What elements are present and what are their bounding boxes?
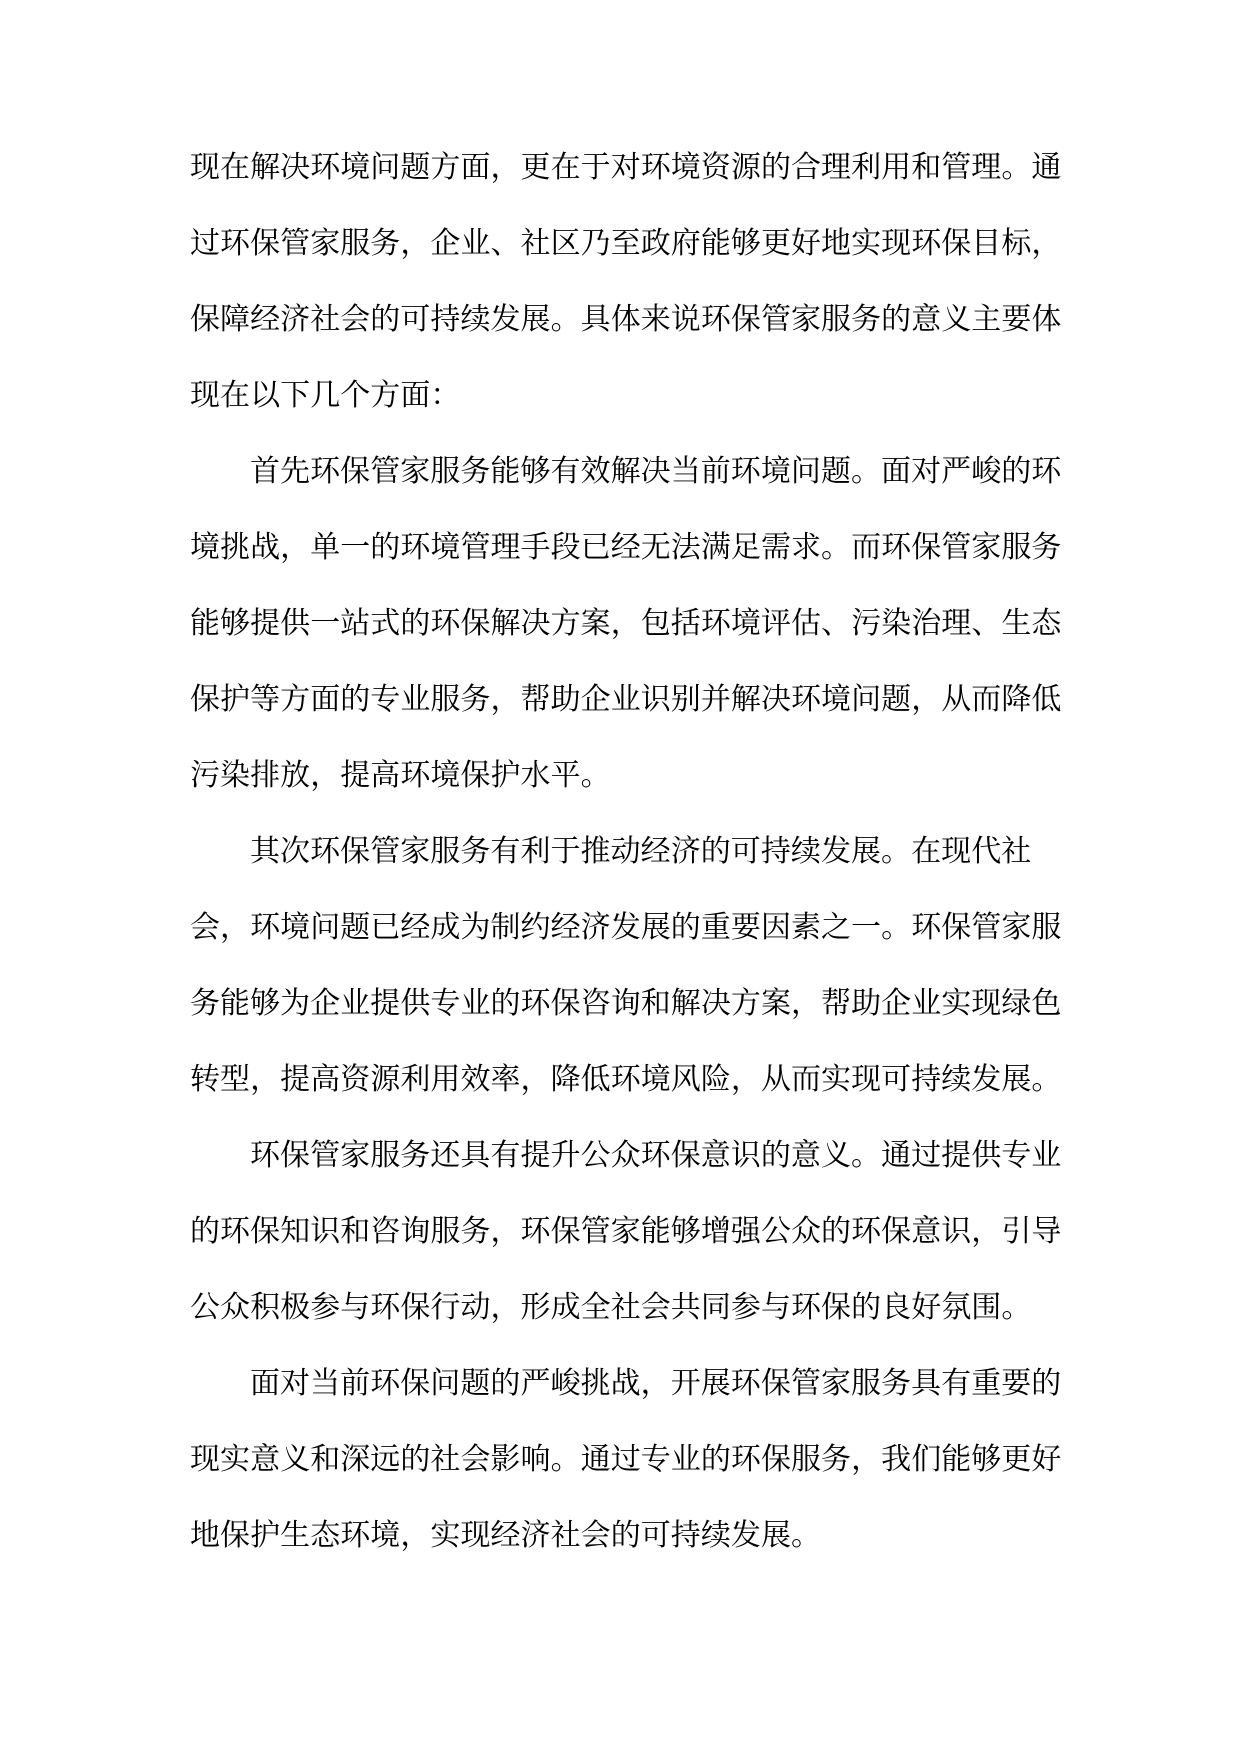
paragraph-intro: 现在解决环境问题方面，更在于对环境资源的合理利用和管理。通 过环保管家服务，企业… bbox=[190, 130, 1032, 434]
text-line: 过环保管家服务，企业、社区乃至政府能够更好地实现环保目标， bbox=[190, 206, 1032, 282]
text-line: 会，环境问题已经成为制约经济发展的重要因素之一。环保管家服 bbox=[190, 890, 1032, 966]
text-line: 首先环保管家服务能够有效解决当前环境问题。面对严峻的环 bbox=[190, 434, 1032, 510]
paragraph-second-point: 其次环保管家服务有利于推动经济的可持续发展。在现代社 会，环境问题已经成为制约经… bbox=[190, 814, 1032, 1118]
text-line: 保障经济社会的可持续发展。具体来说环保管家服务的意义主要体 bbox=[190, 282, 1032, 358]
text-line: 其次环保管家服务有利于推动经济的可持续发展。在现代社 bbox=[190, 814, 1032, 890]
document-page: 现在解决环境问题方面，更在于对环境资源的合理利用和管理。通 过环保管家服务，企业… bbox=[190, 130, 1032, 1574]
text-line: 现实意义和深远的社会影响。通过专业的环保服务，我们能够更好 bbox=[190, 1422, 1032, 1498]
text-line: 地保护生态环境，实现经济社会的可持续发展。 bbox=[190, 1498, 1032, 1574]
text-line: 公众积极参与环保行动，形成全社会共同参与环保的良好氛围。 bbox=[190, 1270, 1032, 1346]
paragraph-first-point: 首先环保管家服务能够有效解决当前环境问题。面对严峻的环 境挑战，单一的环境管理手… bbox=[190, 434, 1032, 814]
text-line: 现在解决环境问题方面，更在于对环境资源的合理利用和管理。通 bbox=[190, 130, 1032, 206]
paragraph-third-point: 环保管家服务还具有提升公众环保意识的意义。通过提供专业 的环保知识和咨询服务，环… bbox=[190, 1118, 1032, 1346]
text-line: 面对当前环保问题的严峻挑战，开展环保管家服务具有重要的 bbox=[190, 1346, 1032, 1422]
text-line: 现在以下几个方面： bbox=[190, 358, 1032, 434]
text-line: 保护等方面的专业服务，帮助企业识别并解决环境问题，从而降低 bbox=[190, 662, 1032, 738]
text-line: 的环保知识和咨询服务，环保管家能够增强公众的环保意识，引导 bbox=[190, 1194, 1032, 1270]
text-line: 环保管家服务还具有提升公众环保意识的意义。通过提供专业 bbox=[190, 1118, 1032, 1194]
paragraph-conclusion: 面对当前环保问题的严峻挑战，开展环保管家服务具有重要的 现实意义和深远的社会影响… bbox=[190, 1346, 1032, 1574]
text-line: 能够提供一站式的环保解决方案，包括环境评估、污染治理、生态 bbox=[190, 586, 1032, 662]
text-line: 境挑战，单一的环境管理手段已经无法满足需求。而环保管家服务 bbox=[190, 510, 1032, 586]
text-line: 转型，提高资源利用效率，降低环境风险，从而实现可持续发展。 bbox=[190, 1042, 1032, 1118]
text-line: 污染排放，提高环境保护水平。 bbox=[190, 738, 1032, 814]
text-line: 务能够为企业提供专业的环保咨询和解决方案，帮助企业实现绿色 bbox=[190, 966, 1032, 1042]
